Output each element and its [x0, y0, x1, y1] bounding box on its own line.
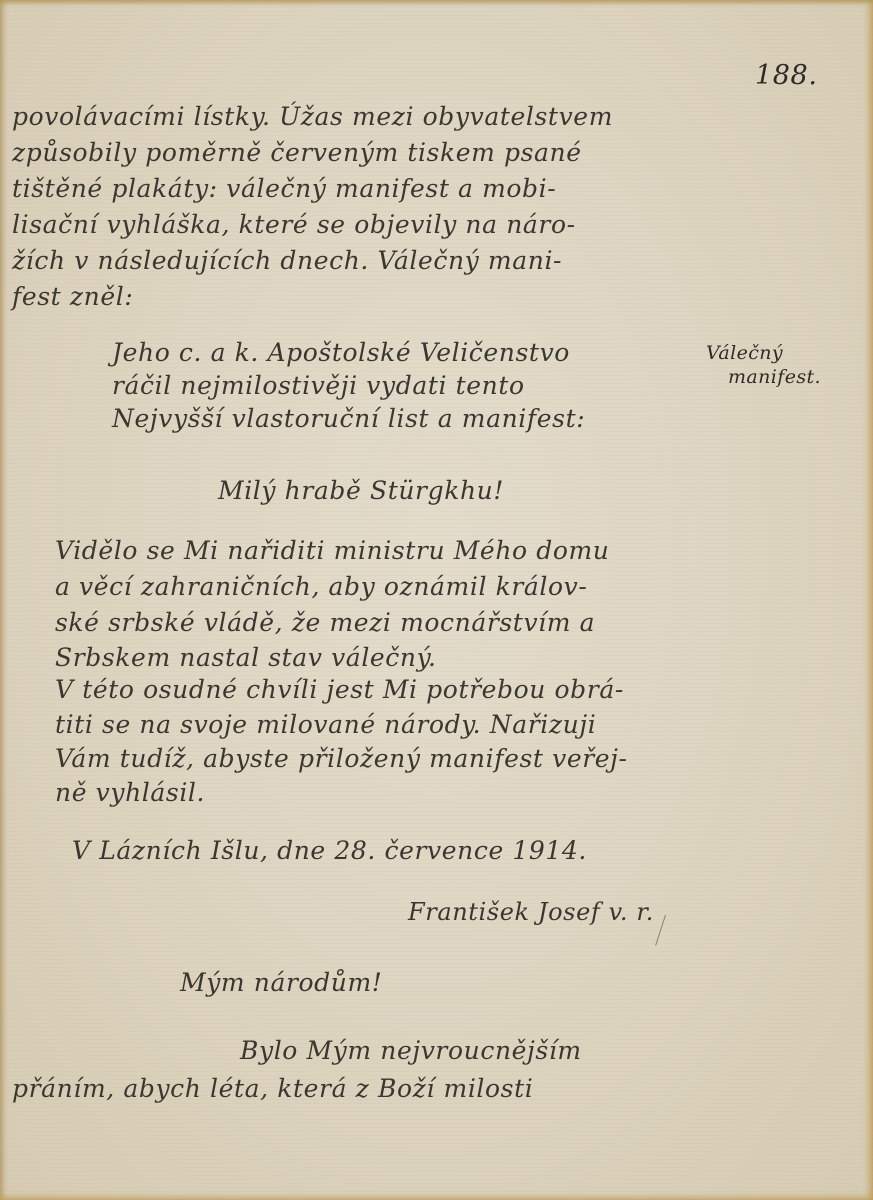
text-line: povolávacími lístky. Úžas mezi obyvatels…	[12, 104, 613, 129]
text-line: Bylo Mým nejvroucnějším	[240, 1038, 582, 1063]
signature: František Josef v. r.	[408, 900, 654, 924]
text-line: ráčil nejmilostivěji vydati tento	[112, 373, 525, 398]
text-line: žích v následujících dnech. Válečný mani…	[12, 248, 562, 273]
signature-flourish	[655, 915, 666, 946]
salutation: Milý hrabě Stürgkhu!	[218, 478, 504, 503]
text-line: Jeho c. a k. Apoštolské Veličenstvo	[112, 340, 570, 365]
text-line: přáním, abych léta, která z Boží milosti	[12, 1076, 533, 1101]
text-line: Vám tudíž, abyste přiložený manifest veř…	[55, 746, 628, 771]
text-line: Srbskem nastal stav válečný.	[55, 645, 437, 670]
text-line: V této osudné chvíli jest Mi potřebou ob…	[55, 677, 624, 702]
page-number: 188.	[755, 62, 818, 89]
margin-note-line: manifest.	[728, 368, 821, 387]
text-line: ské srbské vládě, že mezi mocnářstvím a	[55, 610, 595, 635]
manifest-heading: Mým národům!	[180, 970, 382, 995]
text-line: způsobily poměrně červeným tiskem psané	[12, 140, 582, 165]
text-line: lisační vyhláška, které se objevily na n…	[12, 212, 576, 237]
text-line: titi se na svoje milované národy. Nařizu…	[55, 712, 596, 737]
text-line: Nejvyšší vlastoruční list a manifest:	[112, 406, 585, 431]
margin-note-line: Válečný	[706, 344, 783, 363]
text-line: a věcí zahraničních, aby oznámil králov-	[55, 574, 587, 599]
text-line: fest zněl:	[12, 284, 133, 309]
manuscript-page: 188. povolávacími lístky. Úžas mezi obyv…	[0, 0, 873, 1200]
text-line: Vidělo se Mi nařiditi ministru Mého domu	[55, 538, 609, 563]
dateline: V Lázních Išlu, dne 28. července 1914.	[72, 838, 587, 863]
text-line: tištěné plakáty: válečný manifest a mobi…	[12, 176, 556, 201]
text-line: ně vyhlásil.	[55, 780, 205, 805]
